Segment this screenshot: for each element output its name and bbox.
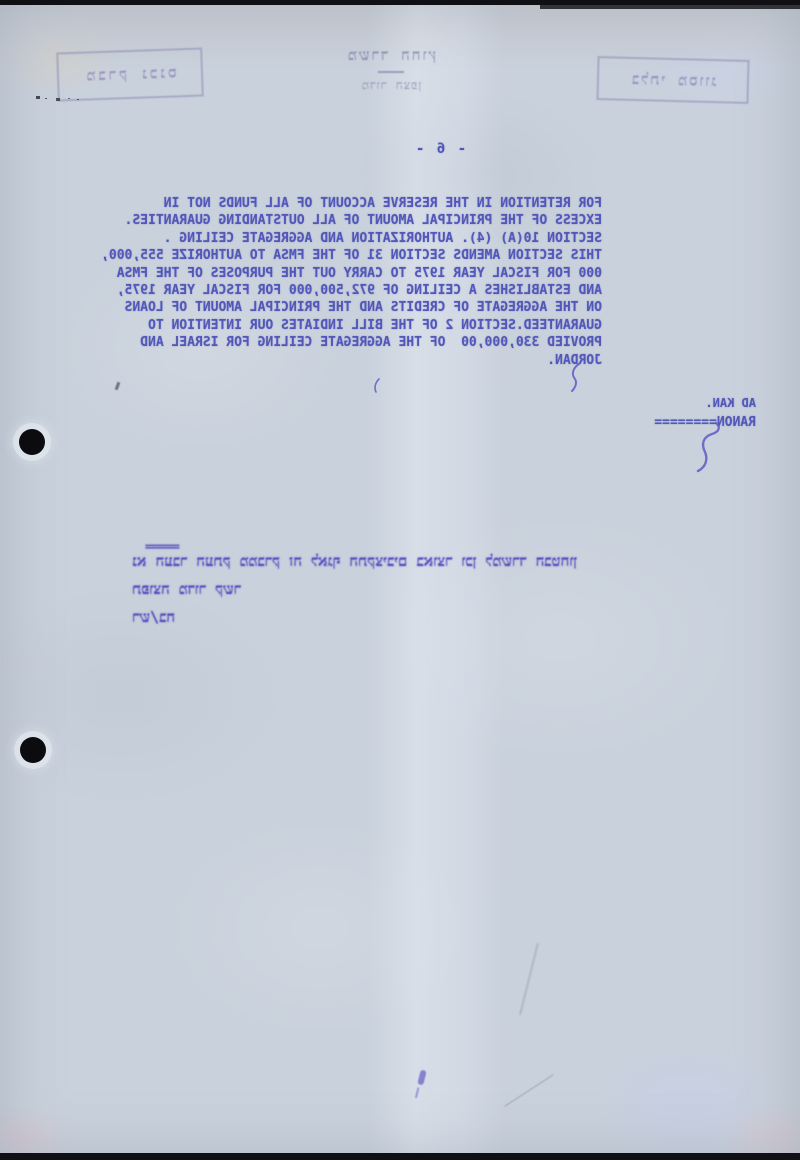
- ink-blot: [417, 1069, 426, 1085]
- signoff-closing: AD KAN.: [660, 394, 756, 413]
- typewritten-line: SECTION 10(A) (4). AUTHORIZATION AND AGG…: [94, 230, 602, 247]
- typewritten-line: 000 FOR FISCAL YEAR 1975 TO CARRY OUT TH…: [94, 265, 602, 282]
- pen-mark-small: [566, 362, 584, 398]
- ink-speck: [115, 382, 121, 391]
- ink-speck-row: [36, 96, 40, 99]
- hebrew-note-line: נא העבר העתק ממברק זה לאגף התקציבים באוצ…: [132, 552, 664, 571]
- letterhead-stamp: משרד החוץ מדור הצפן: [318, 46, 464, 93]
- stamp-box-right: בלתי מסווג: [596, 56, 749, 104]
- pen-tick: [370, 378, 382, 398]
- typist-initials: רש/בח: [132, 608, 192, 627]
- typewritten-line: GUARANTEED.SECTION 2 OF THE BILL INDIATE…: [94, 317, 602, 334]
- typewritten-line: AND ESTABLISHES A CEILING OF 972,500,000…: [94, 282, 602, 299]
- typewritten-line: THIS SECTION AMENDS SECTION 31 OF THE FM…: [94, 247, 602, 264]
- hole-punch-top: [19, 429, 45, 455]
- hebrew-note-line: תפוצה מדור קשר: [132, 580, 664, 599]
- stamp-box-left: מברק נכנס: [56, 47, 204, 101]
- scan-edge-top-right: [540, 5, 800, 9]
- paper-crease-vertical: [519, 943, 539, 1015]
- typewritten-line: FOR RETENTION IN THE RESERVE ACCOUNT OF …: [94, 195, 602, 212]
- scan-edge-bottom: [0, 1153, 800, 1160]
- scanned-telegram-page: מברק נכנס בלתי מסווג משרד החוץ מדור הצפן…: [0, 0, 800, 1160]
- typewritten-line: PROVIED 330,000,00 OF THE AGGREGATE CEIL…: [94, 334, 602, 351]
- letterhead-line1: משרד החוץ: [318, 46, 464, 65]
- paper-crease-diagonal: [504, 1074, 553, 1106]
- letterhead-line2: מדור הצפן: [318, 78, 464, 93]
- hole-punch-bottom: [20, 737, 46, 763]
- page-number: - 6 -: [398, 141, 482, 157]
- stamp-left-text: מברק נכנס: [83, 63, 177, 85]
- typewritten-line: EXCESS OF THE PRINCIPAL AMOUNT OF ALL OU…: [94, 212, 602, 229]
- letterhead-divider: [378, 71, 404, 73]
- stamp-right-text: בלתי מסווג: [630, 69, 717, 90]
- pen-squiggle: [692, 420, 724, 478]
- typewritten-line: JORDAN.: [94, 352, 602, 369]
- hebrew-note: נא העבר העתק ממברק זה לאגף התקציבים באוצ…: [132, 552, 664, 606]
- body-text: FOR RETENTION IN THE RESERVE ACCOUNT OF …: [94, 195, 602, 369]
- typewritten-line: ON THE AGGREGATE OF CREDITS AND THE PRIN…: [94, 299, 602, 316]
